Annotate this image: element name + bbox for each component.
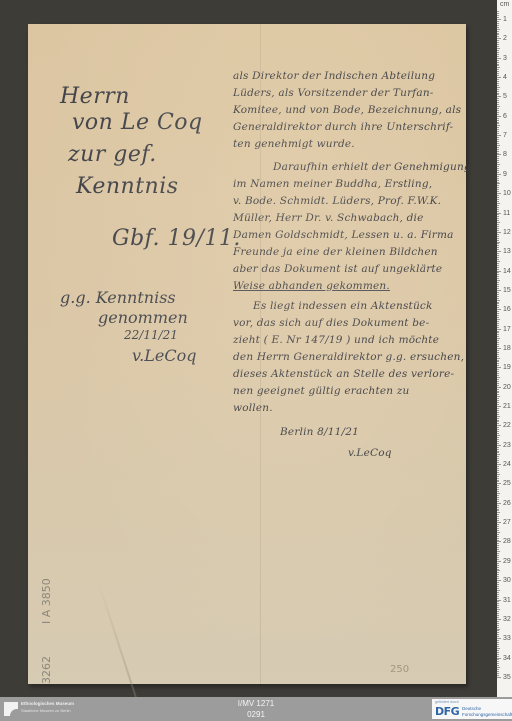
ruler-minor-tick	[497, 536, 499, 537]
ruler-minor-tick	[497, 226, 499, 227]
funder-name-line-2: Forschungsgemeinschaft	[462, 712, 512, 717]
ruler-minor-tick	[497, 607, 499, 608]
ruler-minor-tick	[497, 485, 499, 486]
ruler-minor-tick	[497, 151, 499, 152]
dfg-mark-icon: DFG	[435, 705, 459, 718]
ruler-minor-tick	[497, 416, 500, 417]
ruler-minor-tick	[497, 257, 499, 258]
ruler-minor-tick	[497, 67, 500, 68]
ruler-minor-tick	[497, 350, 499, 351]
ruler-minor-tick	[497, 460, 499, 461]
ruler-major-tick	[497, 77, 501, 78]
ruler-minor-tick	[497, 311, 499, 312]
ruler-label: 10	[503, 190, 511, 197]
measurement-ruler: cm 1234567891011121314151617181920212223…	[497, 0, 512, 697]
ruler-minor-tick	[497, 284, 499, 285]
ruler-minor-tick	[497, 197, 499, 198]
ruler-minor-tick	[497, 60, 499, 61]
ruler-minor-tick	[497, 147, 499, 148]
ruler-minor-tick	[497, 296, 499, 297]
ruler-minor-tick	[497, 578, 499, 579]
ruler-major-tick	[497, 483, 501, 484]
ruler-minor-tick	[497, 176, 499, 177]
ruler-minor-tick	[497, 280, 500, 281]
ruler-minor-tick	[497, 520, 499, 521]
ruler-minor-tick	[497, 611, 499, 612]
ruler-minor-tick	[497, 630, 499, 631]
ruler-minor-tick	[497, 456, 499, 457]
ruler-minor-tick	[497, 300, 500, 301]
ruler-minor-tick	[497, 365, 499, 366]
ruler-label: 12	[503, 229, 511, 236]
ruler-minor-tick	[497, 543, 499, 544]
ruler-minor-tick	[497, 185, 499, 186]
ruler-minor-tick	[497, 323, 499, 324]
ruler-minor-tick	[497, 601, 499, 602]
ruler-minor-tick	[497, 356, 499, 357]
ruler-minor-tick	[497, 512, 500, 513]
ruler-minor-tick	[497, 276, 499, 277]
ruler-minor-tick	[497, 613, 499, 614]
ruler-minor-tick	[497, 570, 500, 571]
ruler-minor-tick	[497, 596, 499, 597]
ruler-minor-tick	[497, 234, 499, 235]
ruler-minor-tick	[497, 514, 499, 515]
ruler-minor-tick	[497, 540, 499, 541]
ruler-label: 8	[503, 151, 507, 158]
ruler-minor-tick	[497, 34, 499, 35]
ruler-minor-tick	[497, 565, 499, 566]
ruler-minor-tick	[497, 143, 499, 144]
ruler-minor-tick	[497, 433, 499, 434]
funder-name-line-1: Deutsche	[462, 706, 481, 711]
ruler-minor-tick	[497, 342, 499, 343]
ruler-minor-tick	[497, 592, 499, 593]
ruler-minor-tick	[497, 33, 499, 34]
ruler-minor-tick	[497, 530, 499, 531]
ruler-minor-tick	[497, 532, 500, 533]
ruler-minor-tick	[497, 675, 499, 676]
ruler-major-tick	[497, 619, 501, 620]
ruler-minor-tick	[497, 23, 499, 24]
ruler-major-tick	[497, 541, 501, 542]
note-signature: v.LeCoq	[132, 346, 196, 365]
ruler-minor-tick	[497, 476, 499, 477]
ruler-minor-tick	[497, 363, 499, 364]
ruler-minor-tick	[497, 594, 499, 595]
ruler-minor-tick	[497, 73, 499, 74]
ruler-minor-tick	[497, 141, 499, 142]
ruler-minor-tick	[497, 93, 499, 94]
ruler-minor-tick	[497, 220, 499, 221]
ruler-minor-tick	[497, 623, 499, 624]
ruler-minor-tick	[497, 559, 499, 560]
ruler-minor-tick	[497, 576, 499, 577]
ruler-minor-tick	[497, 195, 499, 196]
ruler-minor-tick	[497, 288, 499, 289]
ruler-minor-tick	[497, 274, 499, 275]
ruler-minor-tick	[497, 52, 499, 53]
body-line: wollen.	[233, 402, 273, 414]
ruler-label: 14	[503, 268, 511, 275]
ruler-minor-tick	[497, 648, 500, 649]
header-line-3: zur gef.	[68, 142, 157, 167]
ruler-label: 7	[503, 132, 507, 139]
ruler-minor-tick	[497, 497, 499, 498]
ruler-minor-tick	[497, 25, 499, 26]
ruler-minor-tick	[497, 139, 499, 140]
note-line-2: genommen	[98, 308, 188, 327]
ruler-minor-tick	[497, 640, 499, 641]
ruler-minor-tick	[497, 437, 499, 438]
ruler-minor-tick	[497, 168, 499, 169]
ruler-minor-tick	[497, 242, 500, 243]
ruler-minor-tick	[497, 609, 500, 610]
ruler-label: 13	[503, 248, 511, 255]
ruler-minor-tick	[497, 472, 499, 473]
ruler-label: 18	[503, 345, 511, 352]
ruler-minor-tick	[497, 505, 499, 506]
ruler-label: 11	[503, 210, 510, 217]
ruler-minor-tick	[497, 178, 499, 179]
ruler-minor-tick	[497, 625, 499, 626]
body-line: vor, das sich auf dies Dokument be-	[233, 317, 429, 329]
body-line: Müller, Herr Dr. v. Schwabach, die	[233, 212, 424, 224]
ruler-minor-tick	[497, 340, 499, 341]
ruler-minor-tick	[497, 435, 500, 436]
ruler-minor-tick	[497, 673, 499, 674]
ruler-minor-tick	[497, 11, 499, 12]
ruler-minor-tick	[497, 665, 499, 666]
ruler-minor-tick	[497, 412, 499, 413]
ruler-label: 15	[503, 287, 511, 294]
ruler-minor-tick	[497, 553, 499, 554]
ruler-minor-tick	[497, 557, 499, 558]
ruler-minor-tick	[497, 352, 499, 353]
ruler-minor-tick	[497, 91, 499, 92]
ruler-minor-tick	[497, 40, 499, 41]
ruler-minor-tick	[497, 216, 499, 217]
ruler-minor-tick	[497, 547, 499, 548]
ruler-minor-tick	[497, 491, 499, 492]
ruler-minor-tick	[497, 452, 499, 453]
ruler-minor-tick	[497, 545, 499, 546]
ruler-minor-tick	[497, 153, 499, 154]
ruler-minor-tick	[497, 636, 499, 637]
ruler-label: 20	[503, 384, 511, 391]
ruler-minor-tick	[497, 245, 499, 246]
ruler-minor-tick	[497, 642, 499, 643]
ruler-minor-tick	[497, 338, 500, 339]
ruler-minor-tick	[497, 391, 499, 392]
ruler-minor-tick	[497, 207, 499, 208]
ruler-minor-tick	[497, 510, 499, 511]
ruler-minor-tick	[497, 166, 499, 167]
ruler-major-tick	[497, 445, 501, 446]
ruler-minor-tick	[497, 180, 499, 181]
ruler-major-tick	[497, 406, 501, 407]
ruler-minor-tick	[497, 375, 499, 376]
ruler-minor-tick	[497, 507, 499, 508]
ruler-minor-tick	[497, 129, 499, 130]
ruler-minor-tick	[497, 569, 499, 570]
ruler-label: 3	[503, 55, 507, 62]
ruler-minor-tick	[497, 617, 499, 618]
ruler-major-tick	[497, 329, 501, 330]
ruler-minor-tick	[497, 183, 500, 184]
body-line: Es liegt indessen ein Aktenstück	[253, 300, 433, 312]
ruler-minor-tick	[497, 305, 499, 306]
body-line: Lüders, als Vorsitzender der Turfan-	[233, 87, 434, 99]
ruler-minor-tick	[497, 385, 499, 386]
ruler-minor-tick	[497, 272, 499, 273]
ruler-minor-tick	[497, 429, 499, 430]
ruler-major-tick	[497, 503, 501, 504]
ruler-minor-tick	[497, 549, 499, 550]
body-line: aber das Dokument ist auf ungeklärte	[233, 263, 442, 275]
ruler-label: 17	[503, 326, 511, 333]
ruler-minor-tick	[497, 71, 499, 72]
ruler-label: 5	[503, 93, 507, 100]
ruler-label: 22	[503, 422, 511, 429]
ruler-minor-tick	[497, 669, 499, 670]
ruler-label: 25	[503, 480, 511, 487]
ruler-minor-tick	[497, 13, 499, 14]
ruler-minor-tick	[497, 302, 499, 303]
ruler-minor-tick	[497, 191, 499, 192]
document-page: Herrn von Le Coq zur gef. Kenntnis Gbf. …	[28, 24, 466, 684]
ruler-minor-tick	[497, 164, 500, 165]
ruler-minor-tick	[497, 605, 499, 606]
ruler-label: 27	[503, 519, 511, 526]
ruler-minor-tick	[497, 224, 499, 225]
body-line: Freunde ja eine der kleinen Bildchen	[233, 246, 438, 258]
ruler-label: 16	[503, 306, 511, 313]
ruler-major-tick	[497, 38, 501, 39]
ruler-label: 34	[503, 655, 511, 662]
ruler-minor-tick	[497, 27, 499, 28]
ruler-minor-tick	[497, 247, 499, 248]
ruler-minor-tick	[497, 361, 499, 362]
ruler-label: 19	[503, 364, 511, 371]
ruler-minor-tick	[497, 582, 499, 583]
ruler-minor-tick	[497, 369, 499, 370]
pencil-number-mark: 3262	[40, 656, 53, 684]
ruler-minor-tick	[497, 509, 499, 510]
ruler-minor-tick	[497, 567, 499, 568]
ruler-minor-tick	[497, 336, 499, 337]
ruler-minor-tick	[497, 261, 500, 262]
ruler-minor-tick	[497, 203, 500, 204]
ruler-major-tick	[497, 677, 501, 678]
ruler-minor-tick	[497, 75, 499, 76]
ruler-major-tick	[497, 425, 501, 426]
ruler-minor-tick	[497, 278, 499, 279]
ruler-minor-tick	[497, 474, 500, 475]
ruler-label: 32	[503, 616, 511, 623]
ruler-minor-tick	[497, 104, 499, 105]
ruler-minor-tick	[497, 478, 499, 479]
ruler-minor-tick	[497, 42, 499, 43]
ruler-minor-tick	[497, 48, 500, 49]
ruler-major-tick	[497, 19, 501, 20]
ruler-minor-tick	[497, 443, 499, 444]
ruler-minor-tick	[497, 230, 499, 231]
ruler-minor-tick	[497, 79, 499, 80]
body-line: dieses Aktenstück an Stelle des verlore-	[233, 368, 454, 380]
ruler-minor-tick	[497, 410, 499, 411]
pencil-page-number: 250	[390, 664, 409, 675]
ruler-minor-tick	[497, 94, 499, 95]
ruler-minor-tick	[497, 421, 499, 422]
ruler-minor-tick	[497, 501, 499, 502]
ruler-minor-tick	[497, 555, 499, 556]
ruler-label: 24	[503, 461, 511, 468]
ruler-minor-tick	[497, 123, 499, 124]
ruler-minor-tick	[497, 654, 499, 655]
ruler-minor-tick	[497, 398, 499, 399]
ruler-minor-tick	[497, 327, 499, 328]
ruler-minor-tick	[497, 255, 499, 256]
ruler-minor-tick	[497, 441, 499, 442]
ruler-minor-tick	[497, 240, 499, 241]
header-line-5: Gbf. 19/11.	[112, 226, 241, 251]
ruler-minor-tick	[497, 590, 500, 591]
ruler-label: 1	[503, 16, 507, 23]
ruler-minor-tick	[497, 110, 499, 111]
ruler-major-tick	[497, 522, 501, 523]
ruler-minor-tick	[497, 263, 499, 264]
ruler-minor-tick	[497, 671, 499, 672]
ruler-minor-tick	[497, 373, 499, 374]
ruler-minor-tick	[497, 89, 499, 90]
ruler-minor-tick	[497, 615, 499, 616]
ruler-minor-tick	[497, 122, 499, 123]
note-line-1: g.g. Kenntniss	[60, 288, 176, 307]
ruler-minor-tick	[497, 518, 499, 519]
ruler-minor-tick	[497, 495, 499, 496]
ruler-minor-tick	[497, 332, 499, 333]
ruler-minor-tick	[497, 383, 499, 384]
body-line: als Direktor der Indischen Abteilung	[233, 70, 435, 82]
ruler-minor-tick	[497, 526, 499, 527]
ruler-minor-tick	[497, 454, 500, 455]
ruler-minor-tick	[497, 431, 499, 432]
ruler-minor-tick	[497, 634, 499, 635]
ruler-minor-tick	[497, 259, 499, 260]
ruler-minor-tick	[497, 661, 499, 662]
ruler-minor-tick	[497, 65, 499, 66]
ruler-minor-tick	[497, 133, 499, 134]
ruler-minor-tick	[497, 158, 499, 159]
ruler-minor-tick	[497, 243, 499, 244]
ruler-minor-tick	[497, 377, 500, 378]
ruler-minor-tick	[497, 427, 499, 428]
ruler-label: 30	[503, 577, 511, 584]
ruler-minor-tick	[497, 182, 499, 183]
body-line: zieht ( E. Nr 147/19 ) und ich möchte	[233, 334, 439, 346]
body-line: Daraufhin erhielt der Genehmigung	[273, 161, 471, 173]
ruler-minor-tick	[497, 423, 499, 424]
ruler-minor-tick	[497, 125, 500, 126]
ruler-minor-tick	[497, 307, 499, 308]
ruler-minor-tick	[497, 162, 499, 163]
ruler-label: 33	[503, 635, 511, 642]
ruler-major-tick	[497, 561, 501, 562]
body-line: im Namen meiner Buddha, Erstling,	[233, 178, 432, 190]
ruler-minor-tick	[497, 584, 499, 585]
ruler-minor-tick	[497, 439, 499, 440]
ruler-major-tick	[497, 387, 501, 388]
ruler-minor-tick	[497, 598, 499, 599]
ruler-label: 23	[503, 442, 511, 449]
ruler-minor-tick	[497, 83, 499, 84]
body-line: Damen Goldschmidt, Lessen u. a. Firma	[233, 229, 454, 241]
ruler-minor-tick	[497, 228, 499, 229]
signature: v.LeCoq	[348, 447, 392, 459]
ruler-minor-tick	[497, 344, 499, 345]
ruler-minor-tick	[497, 199, 499, 200]
ruler-minor-tick	[497, 15, 499, 16]
ruler-minor-tick	[497, 667, 500, 668]
ruler-minor-tick	[497, 29, 500, 30]
ruler-minor-tick	[497, 493, 500, 494]
ruler-minor-tick	[497, 524, 499, 525]
ruler-minor-tick	[497, 292, 499, 293]
ruler-minor-tick	[497, 418, 499, 419]
ruler-minor-tick	[497, 102, 499, 103]
ruler-minor-tick	[497, 218, 499, 219]
ruler-minor-tick	[497, 313, 499, 314]
body-line: Komitee, und von Bode, Bezeichnung, als	[233, 104, 461, 116]
ruler-major-tick	[497, 251, 501, 252]
ruler-minor-tick	[497, 392, 499, 393]
ruler-minor-tick	[497, 85, 499, 86]
ruler-minor-tick	[497, 551, 500, 552]
ruler-minor-tick	[497, 381, 499, 382]
ruler-label: 6	[503, 113, 507, 120]
ruler-minor-tick	[497, 528, 499, 529]
paper-crease	[98, 583, 140, 707]
ruler-minor-tick	[497, 21, 499, 22]
ruler-minor-tick	[497, 214, 499, 215]
ruler-minor-tick	[497, 449, 499, 450]
ruler-minor-tick	[497, 108, 499, 109]
ruler-minor-tick	[497, 644, 499, 645]
ruler-minor-tick	[497, 87, 500, 88]
ruler-major-tick	[497, 232, 501, 233]
ruler-minor-tick	[497, 319, 500, 320]
ruler-label: 9	[503, 171, 507, 178]
ruler-minor-tick	[497, 466, 499, 467]
ruler-minor-tick	[497, 81, 499, 82]
ruler-major-tick	[497, 116, 501, 117]
ruler-minor-tick	[497, 269, 499, 270]
ruler-minor-tick	[497, 98, 499, 99]
ruler-minor-tick	[497, 172, 499, 173]
ruler-minor-tick	[497, 317, 499, 318]
archive-footer: Ethnologisches Museum Staatliche Museen …	[0, 697, 512, 721]
body-line-underlined: Weise abhanden gekommen.	[233, 280, 390, 292]
ruler-minor-tick	[497, 354, 499, 355]
ruler-minor-tick	[497, 396, 500, 397]
ruler-minor-tick	[497, 112, 499, 113]
ruler-minor-tick	[497, 632, 499, 633]
ruler-major-tick	[497, 600, 501, 601]
ruler-minor-tick	[497, 286, 499, 287]
ruler-minor-tick	[497, 400, 499, 401]
ruler-minor-tick	[497, 646, 499, 647]
